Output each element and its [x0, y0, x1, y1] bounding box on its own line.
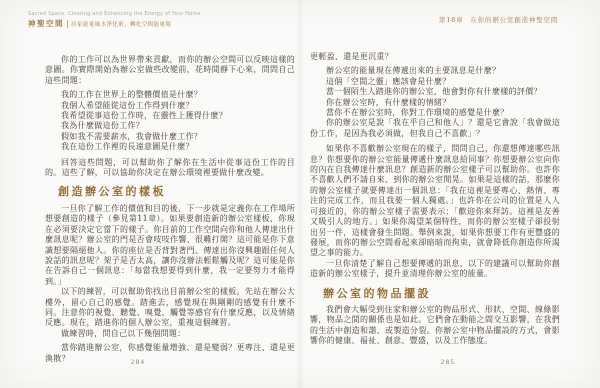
book-spread: Sacred Space: Clearing and Enhancing the… [0, 0, 600, 388]
book-title: 神聖空間 [28, 18, 64, 29]
exercise-question-group: 當你踏進辦公室，你感覺能量增強、還是變弱？更專注、還是更渙散？ [45, 343, 295, 364]
chapter-running-head: 第18章在你的辦公室創造神聖空間 [439, 15, 558, 24]
question-item: 辦公室的能量現在傳遞出來的主要訊息是什麼？ [310, 66, 560, 76]
running-head-chinese: 神聖空間 居家能量風水淨化術，轉化空間能量場 [28, 18, 201, 29]
question-item: 你在辦公室時，有什麼樣的情緒？ [310, 98, 560, 108]
question-item: 假如我不需要薪水，我會做什麼工作？ [45, 132, 295, 142]
question-list: 辦公室的能量現在傳遞出來的主要訊息是什麼？ 這個「空間之靈」應該會是什麼？ 當一… [310, 66, 560, 139]
paragraph-answer-note: 回答這些問題，可以幫助你了解你在生活中從事這份工作的目的。這些了解，可以協助你決… [45, 158, 295, 179]
spine-shadow [296, 0, 304, 388]
paragraph-closing: 我們會大幅受到住家和辦公室的物品形式、形狀、空間、線條影響，物品之間的關係也是如… [310, 305, 560, 347]
question-item: 我的工作在世界上的整體價值是什麼？ [45, 90, 295, 100]
paragraph-body: 做練習時，問自己以下幾個問題： [45, 329, 295, 339]
paragraph-body: 一旦你了解工作的價值和目的後，下一步就是定義你在工作場所想要創造的樣子（參見第1… [45, 204, 295, 287]
paragraph-body: 如果你不喜歡辦公室現在的樣子，問問自己，你還想傳達哪些訊息？你想要你的辦公室能量… [310, 144, 560, 258]
question-item: 當你不在辦公室時，你對工作環境的感覺是什麼？ [310, 108, 560, 118]
chapter-title: 在你的辦公室創造神聖空間 [470, 16, 558, 24]
question-continuation: 更輕盈、還是更沉重？ [310, 52, 560, 62]
running-head: Sacred Space: Clearing and Enhancing the… [28, 11, 201, 29]
question-item: 我在這份工作裡的長遠意圖是什麼？ [45, 142, 295, 152]
book-subtitle: 居家能量風水淨化術，轉化空間能量場 [71, 20, 171, 28]
series-title-english: Sacred Space: Clearing and Enhancing the… [28, 11, 201, 17]
page-number-right: 285 [428, 359, 468, 366]
question-item: 我為什麼做這份工作？ [45, 121, 295, 131]
chapter-number: 第18章 [439, 16, 463, 24]
question-item: 我希望從事這份工作時，在靈性上獲得什麼？ [45, 111, 295, 121]
section-heading-office-objects: 辦公室的物品擺設 [310, 289, 560, 299]
question-list: 我的工作在世界上的整體價值是什麼？ 我個人希望能從這份工作得到什麼？ 我希望從事… [45, 90, 295, 152]
question-item: 你的辦公室是說「我在乎自己和他人」？還是它會說「我會做這份工作，是因為我必須做，… [310, 118, 560, 139]
divider-bar [67, 20, 68, 28]
left-text-column: 你的工作可以為世界帶來貢獻，而你的辦公空間可以反映這樣的意圖。你實際開始為辦公室… [45, 55, 295, 369]
page-number-left: 284 [118, 359, 158, 366]
section-heading-office-template: 創造辦公室的樣板 [45, 187, 295, 197]
question-item: 當一個陌生人踏進你的辦公室，他會對你有什麼樣的評價？ [310, 87, 560, 97]
paragraph-body: 一旦你清楚了解自己想要傳遞的訊息，以下的建議可以幫助你創造新的辦公室樣子，提升並… [310, 259, 560, 280]
paragraph-body: 以下的練習，可以幫助你找出目前辦公室的樣板。先站在辦公大樓外，留心自己的感覺。踏… [45, 287, 295, 329]
question-item: 這個「空間之靈」應該會是什麼？ [310, 77, 560, 87]
right-text-column: 更輕盈、還是更沉重？ 辦公室的能量現在傳遞出來的主要訊息是什麼？ 這個「空間之靈… [310, 52, 560, 347]
paragraph-intro: 你的工作可以為世界帶來貢獻，而你的辦公空間可以反映這樣的意圖。你實際開始為辦公室… [45, 55, 295, 86]
question-item: 當你踏進辦公室，你感覺能量增強、還是變弱？更專注、還是更渙散？ [45, 343, 295, 364]
question-item: 我個人希望能從這份工作得到什麼？ [45, 101, 295, 111]
